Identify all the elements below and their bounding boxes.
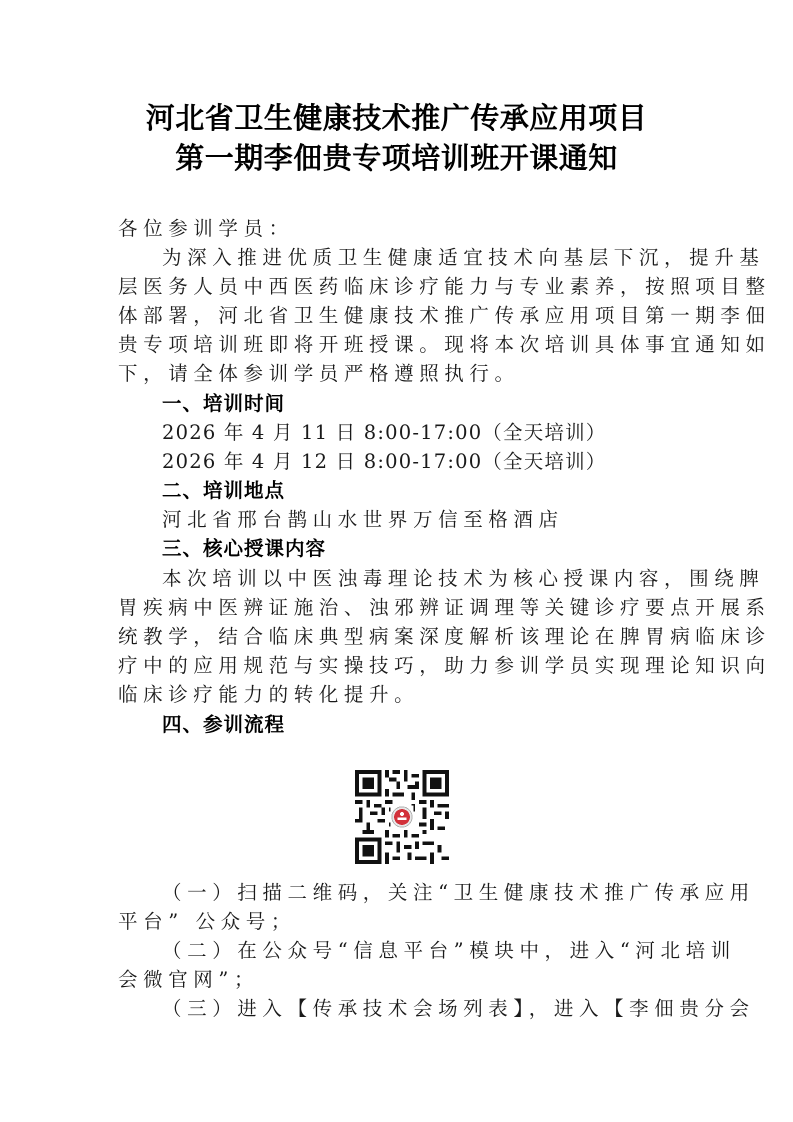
section-heading-location: 二、培训地点 (162, 476, 285, 505)
salutation: 各位参训学员： (118, 214, 294, 243)
content-line-3: 统教学，结合临床典型病案深度解析该理论在脾胃病临床诊 (118, 622, 771, 651)
step-1-line-2: 平台” 公众号； (118, 907, 296, 936)
intro-line-1: 为深入推进优质卫生健康适宜技术向基层下沉，提升基 (162, 243, 764, 272)
section-heading-time: 一、培训时间 (162, 389, 285, 418)
step-2-line-2: 会微官网”； (118, 965, 259, 994)
intro-line-3: 体部署，河北省卫生健康技术推广传承应用项目第一期李佃 (118, 301, 771, 330)
training-location: 河北省邢台鹊山水世界万信至格酒店 (162, 505, 564, 534)
step-3-line-1: （三）进入【传承技术会场列表】，进入【李佃贵分会 (162, 994, 755, 1023)
section-heading-process: 四、参训流程 (162, 710, 285, 739)
document-title-line-1: 河北省卫生健康技术推广传承应用项目 (0, 96, 793, 137)
section-heading-content: 三、核心授课内容 (162, 534, 326, 563)
intro-line-4: 贵专项培训班即将开班授课。现将本次培训具体事宜通知如 (118, 330, 771, 359)
content-line-1: 本次培训以中医浊毒理论技术为核心授课内容，围绕脾 (162, 564, 764, 593)
document-title-line-2: 第一期李佃贵专项培训班开课通知 (0, 136, 793, 177)
content-line-2: 胃疾病中医辨证施治、浊邪辨证调理等关键诊疗要点开展系 (118, 593, 771, 622)
intro-line-5: 下，请全体参训学员严格遵照执行。 (118, 359, 520, 388)
document-page: 河北省卫生健康技术推广传承应用项目 第一期李佃贵专项培训班开课通知 各位参训学员… (0, 0, 793, 1122)
training-date-2: 2026 年 4 月 12 日 8:00-17:00（全天培训） (162, 447, 607, 476)
training-date-1: 2026 年 4 月 11 日 8:00-17:00（全天培训） (162, 418, 607, 447)
step-1-line-1: （一）扫描二维码，关注“卫生健康技术推广传承应用 (162, 878, 755, 907)
intro-line-2: 层医务人员中西医药临床诊疗能力与专业素养，按照项目整 (118, 272, 771, 301)
step-2-line-1: （二）在公众号“信息平台”模块中，进入“河北培训 (162, 936, 736, 965)
content-line-5: 临床诊疗能力的转化提升。 (118, 680, 419, 709)
qr-code-icon[interactable] (355, 770, 449, 864)
content-line-4: 疗中的应用规范与实操技巧，助力参训学员实现理论知识向 (118, 651, 771, 680)
